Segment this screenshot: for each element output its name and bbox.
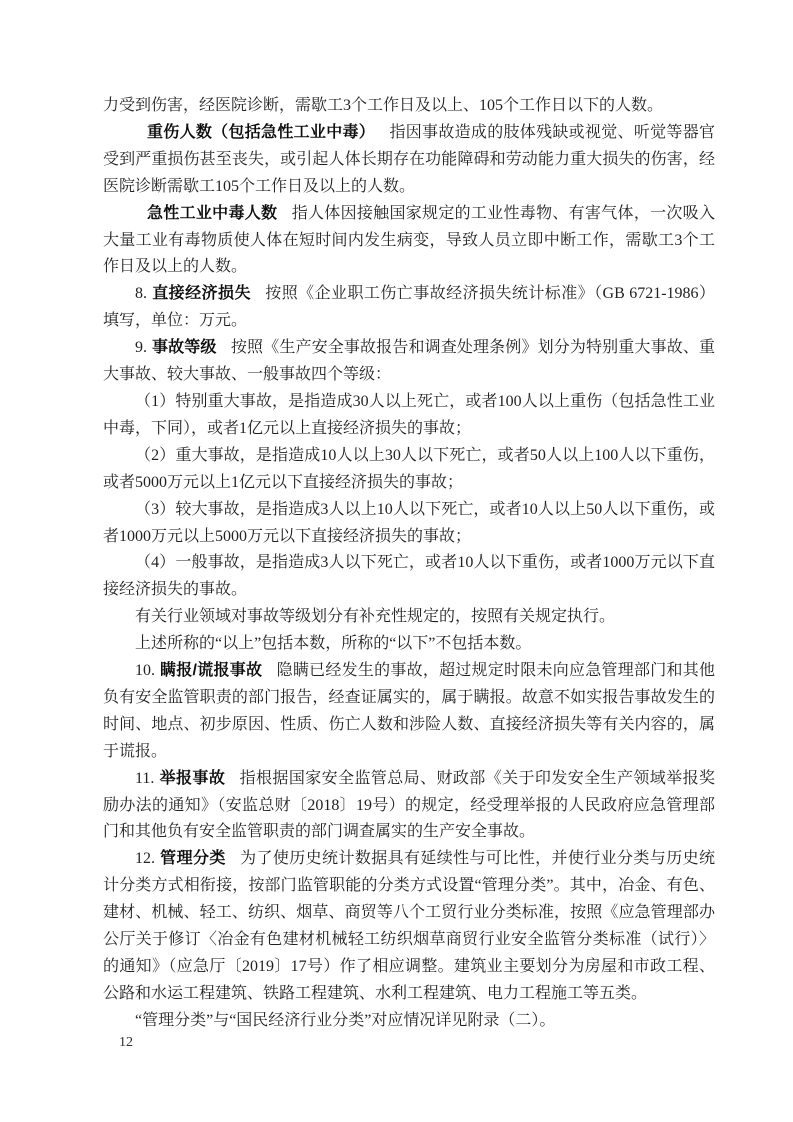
- term-label: 重伤人数（包括急性工业中毒）: [147, 124, 375, 141]
- term-label: 急性工业中毒人数: [147, 205, 277, 222]
- term-label: 举报事故: [159, 770, 225, 787]
- para-item-12-management-classification: 12.管理分类为了使历史统计数据具有延续性与可比性，并使行业分类与历史统计分类方…: [103, 846, 715, 1007]
- para-grade-3: （3）较大事故，是指造成3人以上10人以下死亡，或者10人以上50人以下重伤，或…: [103, 497, 715, 551]
- paragraph-text: 为了使历史统计数据具有延续性与可比性，并使行业分类与历史统计分类方式相衔接，按部…: [103, 850, 715, 1002]
- para-grade-4: （4）一般事故，是指造成3人以下死亡，或者10人以下重伤，或者1000万元以下直…: [103, 550, 715, 604]
- paragraph-text: “管理分类”与“国民经济行业分类”对应情况详见附录（二）。: [135, 1012, 555, 1029]
- term-label: 事故等级: [152, 339, 217, 356]
- term-label: 直接经济损失: [152, 285, 251, 302]
- para-appendix-note: “管理分类”与“国民经济行业分类”对应情况详见附录（二）。: [103, 1008, 715, 1035]
- para-acute-poisoning-definition: 急性工业中毒人数指人体因接触国家规定的工业性毒物、有害气体，一次吸入大量工业有毒…: [103, 201, 715, 282]
- para-grade-1: （1）特别重大事故，是指造成30人以上死亡，或者100人以上重伤（包括急性工业中…: [103, 389, 715, 443]
- para-continuation: 力受到伤害，经医院诊断，需歇工3个工作日及以上、105个工作日以下的人数。: [103, 93, 715, 120]
- para-item-8-direct-economic-loss: 8.直接经济损失按照《企业职工伤亡事故经济损失统计标准》（GB 6721-198…: [103, 281, 715, 335]
- paragraph-text: （3）较大事故，是指造成3人以上10人以下死亡，或者10人以上50人以下重伤，或…: [103, 501, 715, 545]
- para-item-10-concealed-report: 10.瞒报/谎报事故隐瞒已经发生的事故，超过规定时限未向应急管理部门和其他负有安…: [103, 658, 715, 766]
- page-number: 12: [119, 1035, 133, 1051]
- item-number: 8.: [135, 285, 147, 302]
- item-number: 11.: [135, 770, 154, 787]
- item-number: 12.: [135, 850, 155, 867]
- paragraph-text: （1）特别重大事故，是指造成30人以上死亡，或者100人以上重伤（包括急性工业中…: [103, 393, 715, 437]
- document-body: 力受到伤害，经医院诊断，需歇工3个工作日及以上、105个工作日以下的人数。 重伤…: [103, 93, 715, 1035]
- paragraph-text: 力受到伤害，经医院诊断，需歇工3个工作日及以上、105个工作日以下的人数。: [103, 97, 663, 114]
- paragraph-text: 有关行业领域对事故等级划分有补充性规定的，按照有关规定执行。: [135, 608, 615, 625]
- paragraph-text: （4）一般事故，是指造成3人以下死亡，或者10人以下重伤，或者1000万元以下直…: [103, 554, 715, 598]
- paragraph-text: （2）重大事故，是指造成10人以上30人以下死亡，或者50人以上100人以下重伤…: [103, 447, 715, 491]
- para-grade-2: （2）重大事故，是指造成10人以上30人以下死亡，或者50人以上100人以下重伤…: [103, 443, 715, 497]
- term-label: 管理分类: [160, 850, 226, 867]
- para-item-11-reported-accident: 11.举报事故指根据国家安全监管总局、财政部《关于印发安全生产领域举报奖励办法的…: [103, 766, 715, 847]
- term-label: 瞒报/谎报事故: [160, 662, 262, 679]
- item-number: 10.: [135, 662, 155, 679]
- paragraph-text: 上述所称的“以上”包括本数，所称的“以下”不包括本数。: [135, 635, 531, 652]
- para-inclusive-note: 上述所称的“以上”包括本数，所称的“以下”不包括本数。: [103, 631, 715, 658]
- para-item-9-accident-grade: 9.事故等级按照《生产安全事故报告和调查处理条例》划分为特别重大事故、重大事故、…: [103, 335, 715, 389]
- para-supplementary-rule: 有关行业领域对事故等级划分有补充性规定的，按照有关规定执行。: [103, 604, 715, 631]
- para-severe-injury-definition: 重伤人数（包括急性工业中毒）指因事故造成的肢体残缺或视觉、听觉等器官受到严重损伤…: [103, 120, 715, 201]
- item-number: 9.: [135, 339, 147, 356]
- document-page: 力受到伤害，经医院诊断，需歇工3个工作日及以上、105个工作日以下的人数。 重伤…: [0, 0, 793, 1122]
